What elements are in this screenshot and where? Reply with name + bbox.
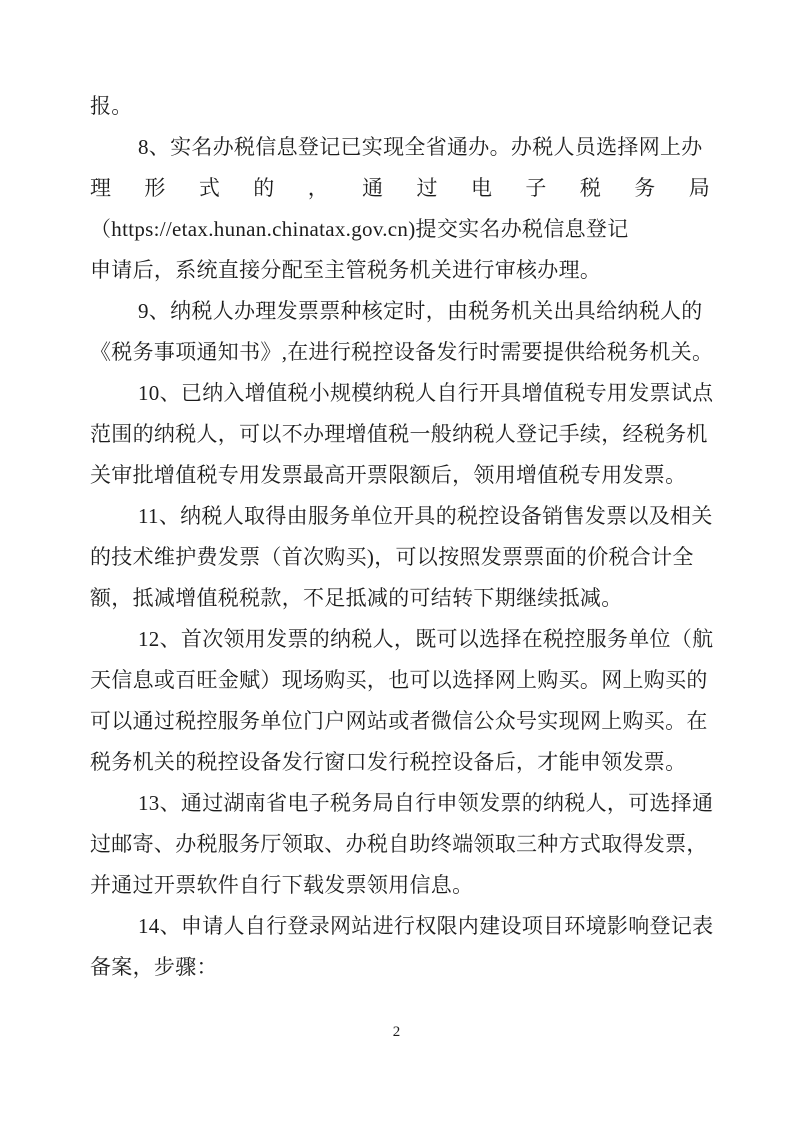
text-line: 额，抵减增值税税款，不足抵减的可结转下期继续抵减。 [90,578,710,619]
text-line: 过邮寄、办税服务厅领取、办税自助终端领取三种方式取得发票， [90,824,710,865]
text-line: 备案，步骤： [90,947,710,988]
text-line: 天信息或百旺金赋）现场购买，也可以选择网上购买。网上购买的 [90,660,710,701]
text-line: 8、实名办税信息登记已实现全省通办。办税人员选择网上办 [90,127,710,168]
text-line: 并通过开票软件自行下载发票领用信息。 [90,865,710,906]
text-line: 范围的纳税人，可以不办理增值税一般纳税人登记手续，经税务机 [90,414,710,455]
text-line: 关审批增值税专用发票最高开票限额后，领用增值税专用发票。 [90,455,710,496]
text-line: 14、申请人自行登录网站进行权限内建设项目环境影响登记表 [90,906,710,947]
text-line: 可以通过税控服务单位门户网站或者微信公众号实现网上购买。在 [90,701,710,742]
text-line: （https://etax.hunan.chinatax.gov.cn)提交实名… [90,209,710,250]
text-line: 的技术维护费发票（首次购买)，可以按照发票票面的价税合计全 [90,537,710,578]
text-line: 13、通过湖南省电子税务局自行申领发票的纳税人，可选择通 [90,783,710,824]
text-line: 理 形 式 的 ， 通 过 电 子 税 务 局 [90,168,710,209]
text-line: 10、已纳入增值税小规模纳税人自行开具增值税专用发票试点 [90,373,710,414]
text-line: 申请后，系统直接分配至主管税务机关进行审核办理。 [90,250,710,291]
text-line: 11、纳税人取得由服务单位开具的税控设备销售发票以及相关 [90,496,710,537]
text-line: 《税务事项通知书》,在进行税控设备发行时需要提供给税务机关。 [90,332,710,373]
page-number: 2 [0,1022,793,1042]
text-line: 报。 [90,86,710,127]
text-line: 税务机关的税控设备发行窗口发行税控设备后，才能申领发票。 [90,742,710,783]
text-line: 12、首次领用发票的纳税人，既可以选择在税控服务单位（航 [90,619,710,660]
document-body: 报。8、实名办税信息登记已实现全省通办。办税人员选择网上办理 形 式 的 ， 通… [90,86,710,988]
document-page: 报。8、实名办税信息登记已实现全省通办。办税人员选择网上办理 形 式 的 ， 通… [0,0,793,1122]
text-line: 9、纳税人办理发票票种核定时，由税务机关出具给纳税人的 [90,291,710,332]
